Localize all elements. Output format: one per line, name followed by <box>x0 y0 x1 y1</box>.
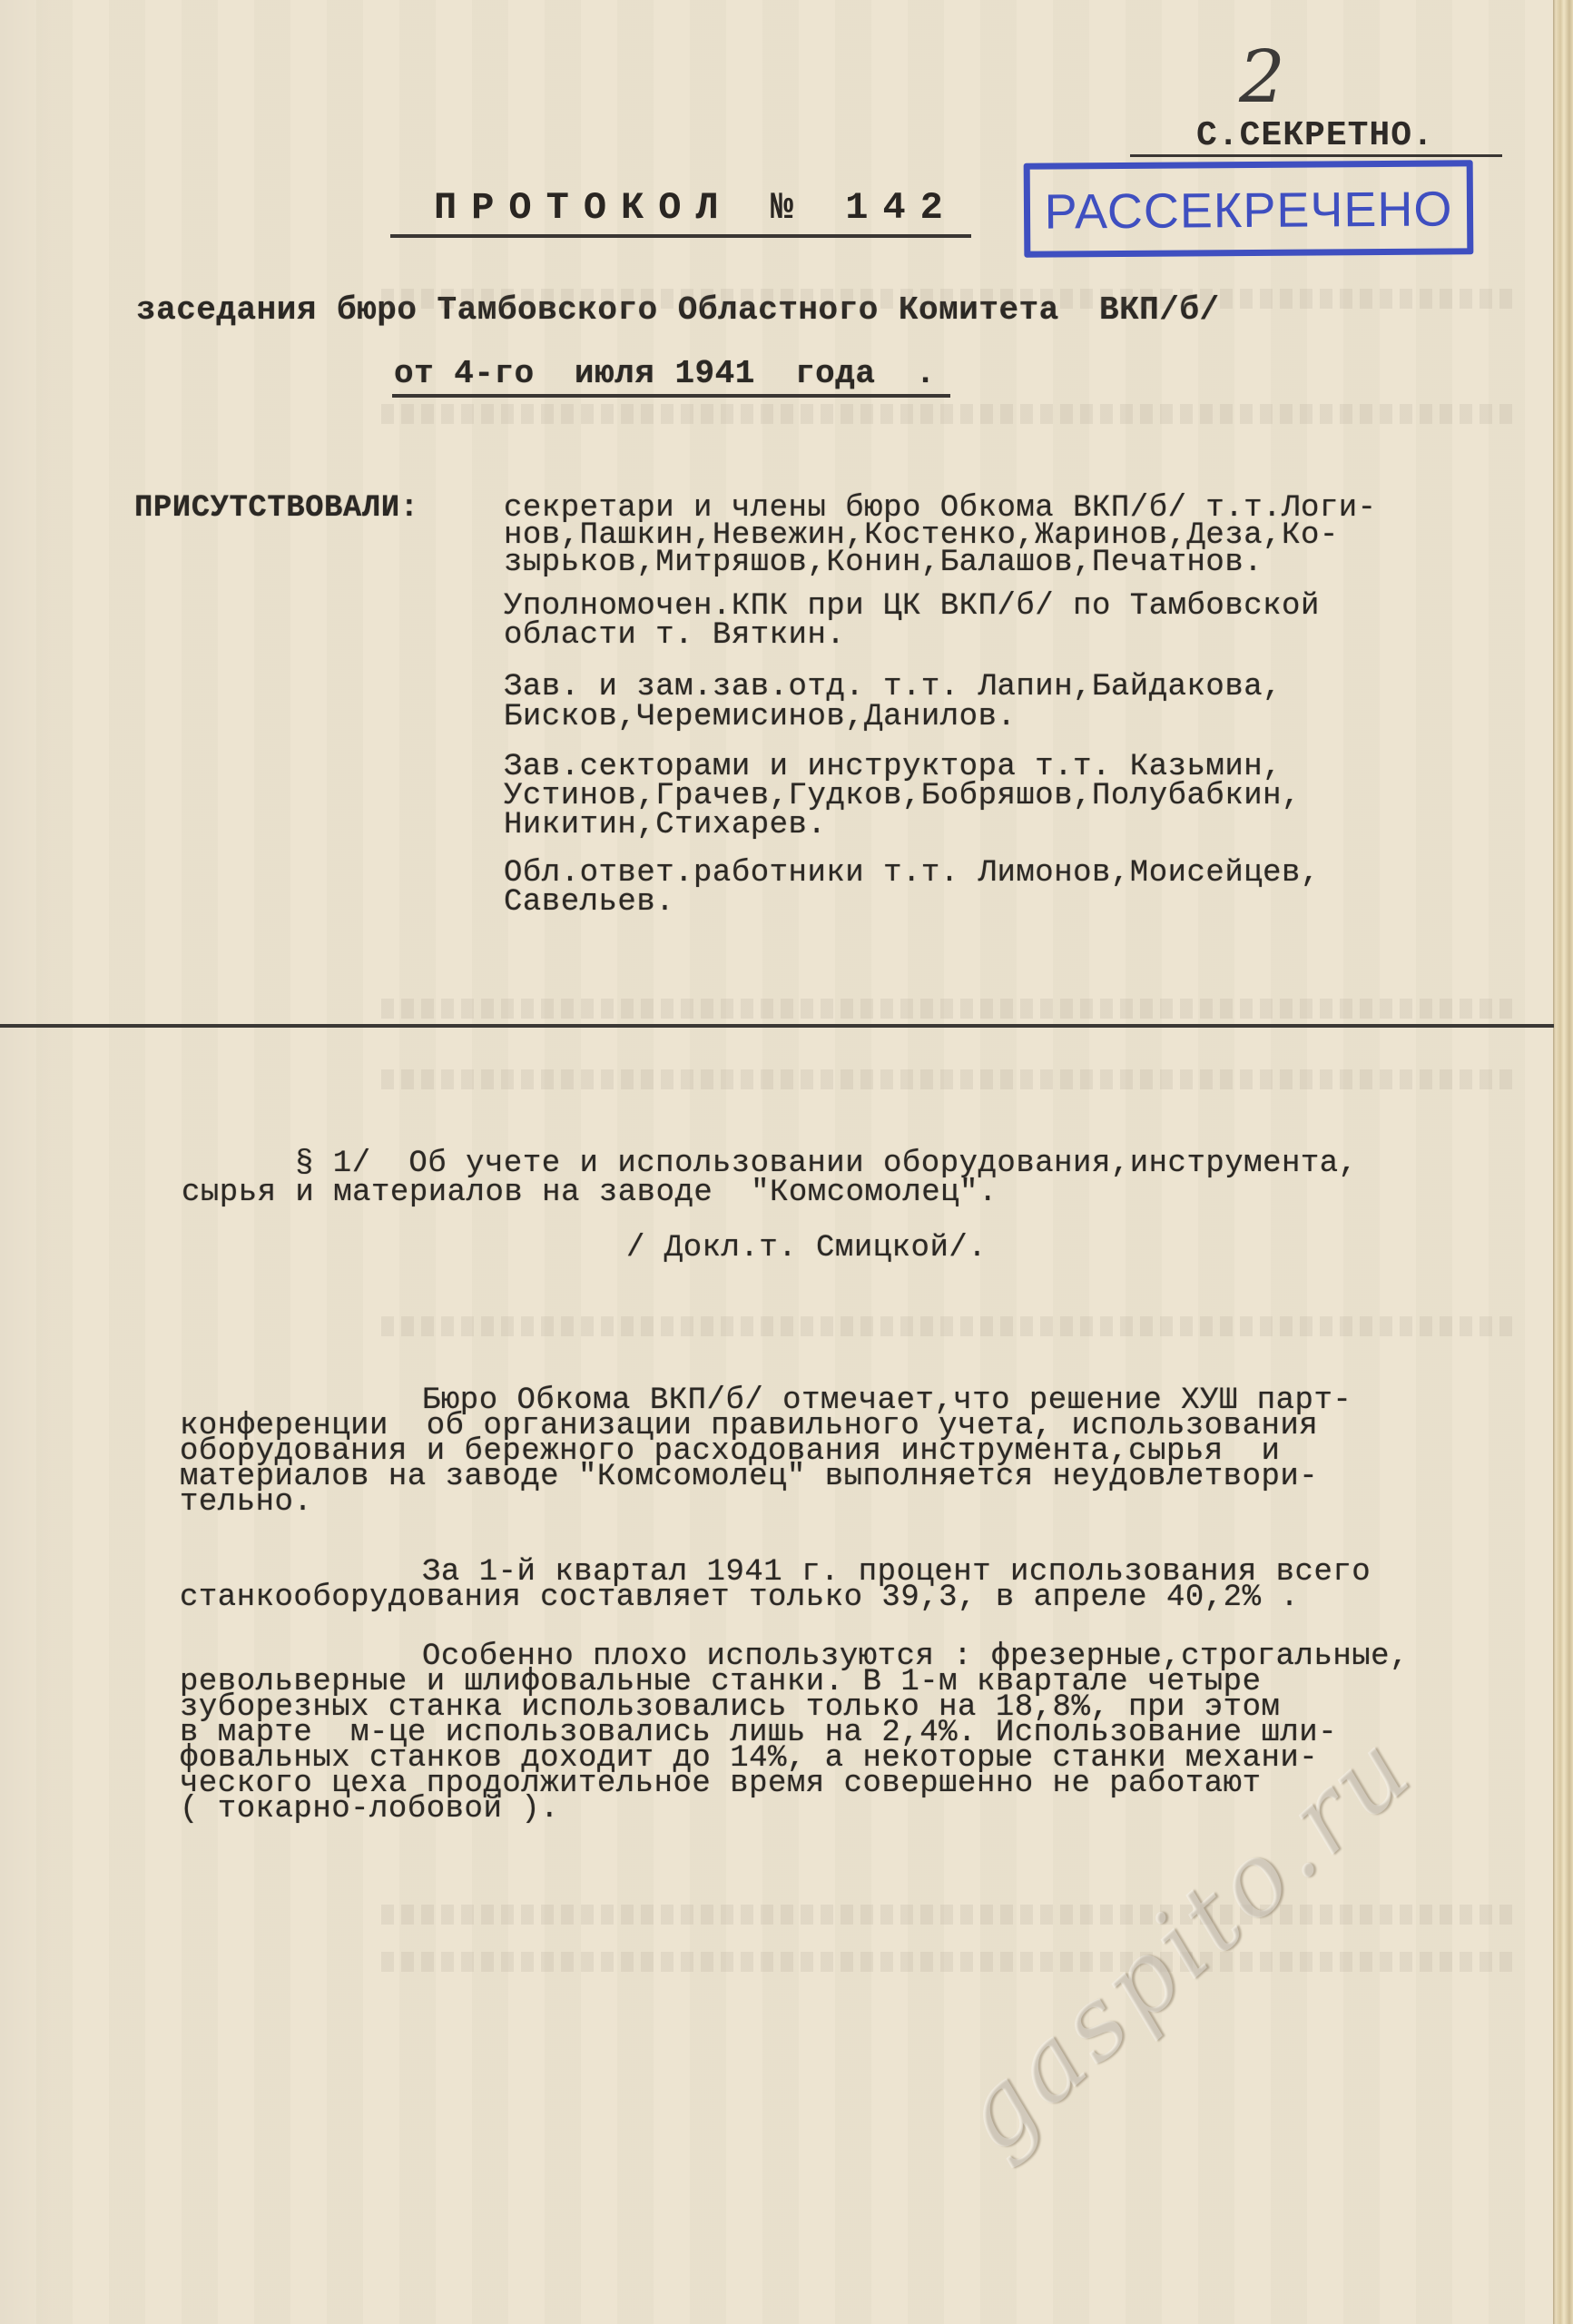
folio-number: 2 <box>1239 34 1285 119</box>
attendance-line: зырьков,Митряшов,Конин,Балашов,Печатнов. <box>504 545 1263 581</box>
classification-mark: С.СЕКРЕТНО. <box>1196 116 1434 155</box>
protocol-title: ПРОТОКОЛ № 142 <box>434 186 958 230</box>
attendance-line: области т. Вяткин. <box>504 617 845 654</box>
title-underline <box>390 234 971 238</box>
bleed-through <box>381 999 1516 1019</box>
page-edge <box>1553 0 1573 2324</box>
section-heading-line: сырья и материалов на заводе "Комсомолец… <box>182 1175 998 1211</box>
meeting-date: от 4-го июля 1941 года . <box>394 356 936 392</box>
bleed-through <box>381 1952 1516 1972</box>
declassified-stamp: РАССЕКРЕЧЕНО <box>1024 160 1474 257</box>
paragraph-line: ( токарно-лобовой ). <box>180 1791 559 1827</box>
paragraph-line: тельно. <box>180 1484 312 1521</box>
bleed-through <box>381 1316 1516 1336</box>
attendance-line: Бисков,Черемисинов,Данилов. <box>504 699 1016 735</box>
date-underline <box>392 394 950 398</box>
bleed-through <box>381 1905 1516 1925</box>
section-divider <box>0 1024 1554 1028</box>
bleed-through <box>381 289 1516 309</box>
bleed-through <box>381 1069 1516 1089</box>
attendance-line: Никитин,Стихарев. <box>504 807 826 843</box>
attendance-label: ПРИСУТСТВОВАЛИ: <box>134 490 419 527</box>
paragraph-line: материалов на заводе "Комсомолец" выполн… <box>180 1459 1318 1495</box>
bleed-through <box>381 404 1516 424</box>
stamp-text: РАССЕКРЕЧЕНО <box>1030 181 1467 240</box>
attendance-line: Савельев. <box>504 884 674 921</box>
section-reporter: / Докл.т. Смицкой/. <box>626 1230 987 1266</box>
classification-underline <box>1130 154 1502 157</box>
paragraph-line: станкооборудования составляет только 39,… <box>180 1580 1299 1616</box>
